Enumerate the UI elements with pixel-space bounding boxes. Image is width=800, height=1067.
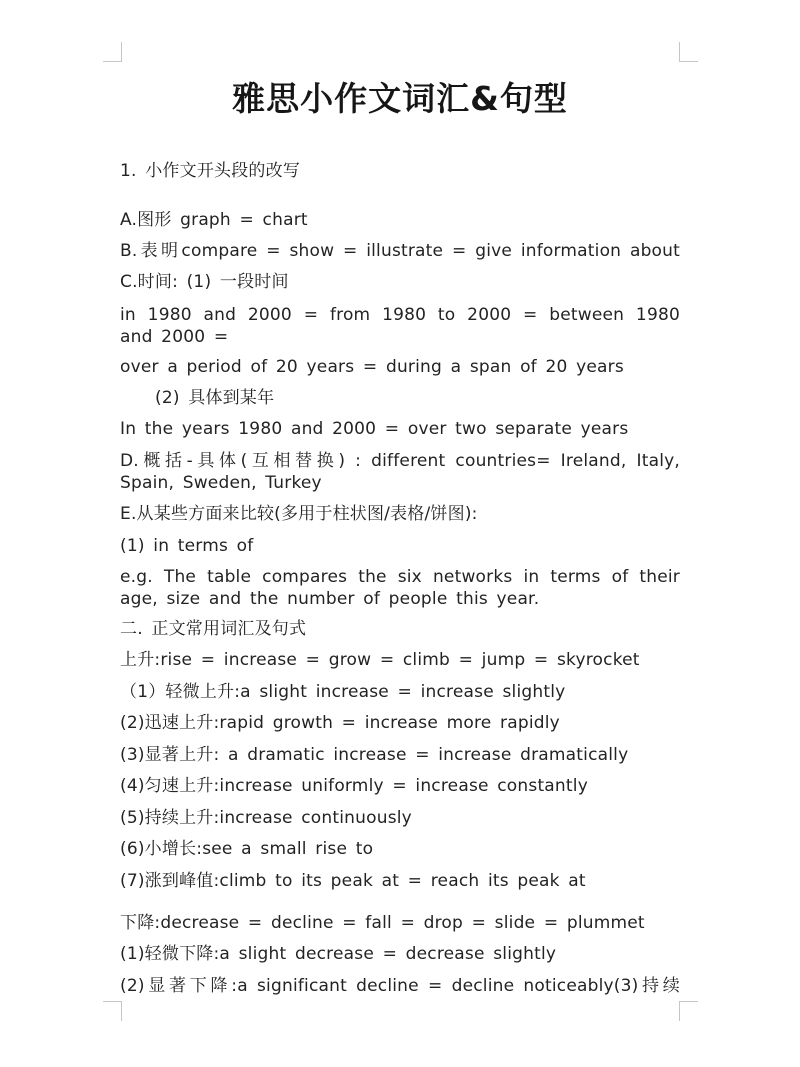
- text-line-example-2: age, size and the number of people this …: [120, 588, 680, 610]
- text-line-compare: B.表明compare = show = illustrate = give i…: [120, 240, 680, 262]
- text-line-dramatic-increase: (3)显著上升: a dramatic increase = increase …: [120, 744, 680, 766]
- text-line-specific-year: (2) 具体到某年: [120, 387, 680, 409]
- text-line-years-1: in 1980 and 2000 = from 1980 to 2000 = b…: [120, 304, 680, 326]
- text-line-small-rise: (6)小增长:see a small rise to: [120, 838, 680, 860]
- text-line-slight-decrease: (1)轻微下降:a slight decrease = decrease sli…: [120, 943, 680, 965]
- text-line-uniform-increase: (4)匀速上升:increase uniformly = increase co…: [120, 775, 680, 797]
- text-line-years-2: and 2000 =: [120, 326, 680, 348]
- text-line-rapid-growth: (2)迅速上升:rapid growth = increase more rap…: [120, 712, 680, 734]
- text-line-significant-decline: (2)显著下降:a significant decline = decline …: [120, 975, 680, 997]
- text-line-period: over a period of 20 years = during a spa…: [120, 356, 680, 378]
- text-boundary-mark-top-right: [679, 42, 698, 62]
- text-line-time: C.时间: (1) 一段时间: [120, 271, 680, 293]
- text-line-slight-increase: （1）轻微上升:a slight increase = increase sli…: [120, 681, 680, 703]
- text-line-continuous-increase: (5)持续上升:increase continuously: [120, 807, 680, 829]
- text-line-example-1: e.g. The table compares the six networks…: [120, 566, 680, 588]
- document-title: 雅思小作文词汇&句型: [120, 78, 680, 120]
- fall-synonyms-line: 下降:decrease = decline = fall = drop = sl…: [120, 912, 680, 934]
- text-line-compare-aspects: E.从某些方面来比较(多用于柱状图/表格/饼图):: [120, 503, 680, 525]
- text-line-separate-years: In the years 1980 and 2000 = over two se…: [120, 418, 680, 440]
- text-line-countries-1: D.概括-具体(互相替换) : different countries= Ire…: [120, 450, 680, 472]
- text-boundary-mark-bottom-right: [679, 1001, 698, 1021]
- text-boundary-mark-bottom-left: [103, 1001, 122, 1021]
- text-line-countries-2: Spain, Sweden, Turkey: [120, 472, 680, 494]
- text-line-graph: A.图形 graph = chart: [120, 209, 680, 231]
- section-2-heading: 二. 正文常用词汇及句式: [120, 618, 680, 640]
- section-1-heading: 1. 小作文开头段的改写: [120, 160, 680, 182]
- document-body: 雅思小作文词汇&句型 1. 小作文开头段的改写 A.图形 graph = cha…: [120, 0, 680, 997]
- rise-synonyms-line: 上升:rise = increase = grow = climb = jump…: [120, 649, 680, 671]
- text-line-in-terms-of: (1) in terms of: [120, 535, 680, 557]
- text-line-peak: (7)涨到峰值:climb to its peak at = reach its…: [120, 870, 680, 892]
